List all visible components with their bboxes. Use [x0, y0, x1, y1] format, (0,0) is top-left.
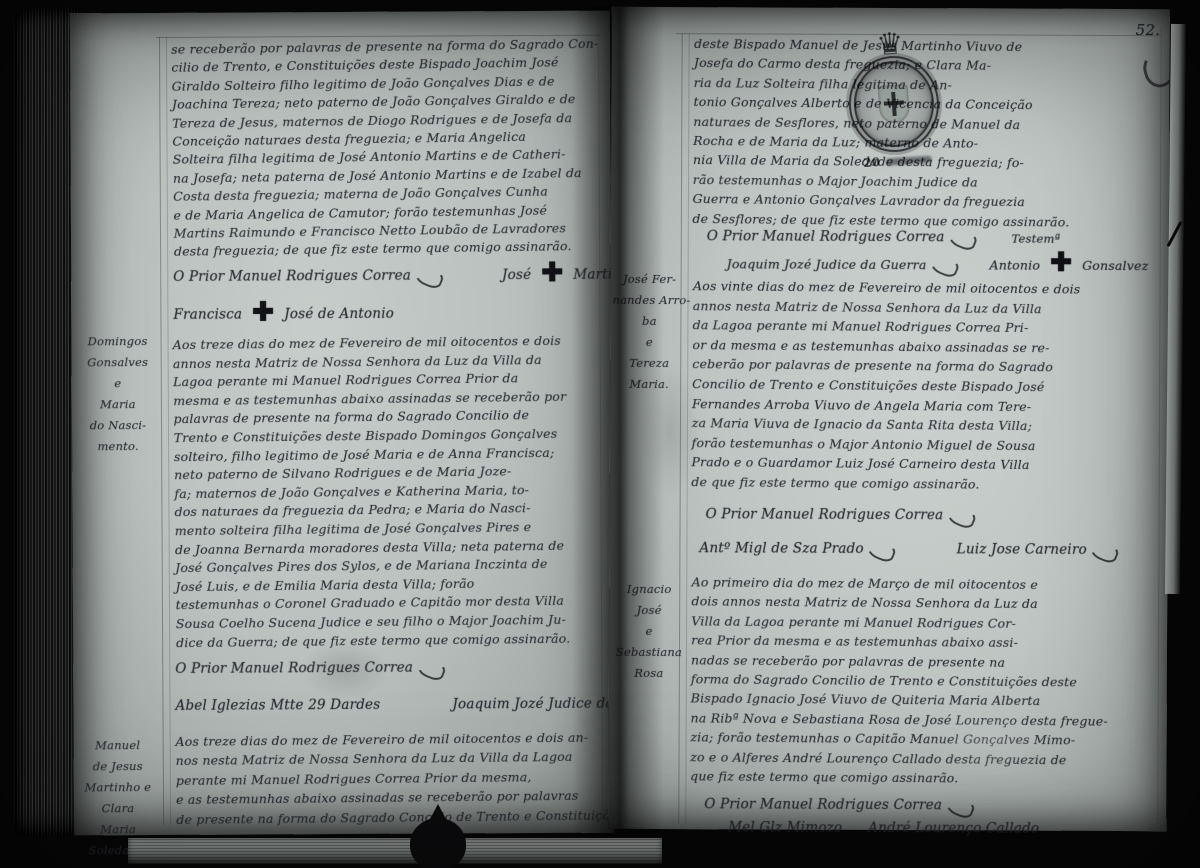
entry-manuel-paragraph: Aos treze dias do mez de Fevereiro de mi…	[175, 728, 606, 829]
manuscript-line: e	[613, 621, 685, 642]
dark-clip-silhouette	[410, 818, 466, 868]
signature-rubric	[412, 263, 445, 291]
witness-signature: Mel Glz Mimozo	[728, 819, 842, 835]
signature-rubric	[1088, 537, 1121, 565]
outer-rule	[1157, 29, 1161, 825]
entry-ignacio-paragraph: Ao primeiro dia do mez de Março de mil o…	[690, 572, 1152, 789]
margin-rule-inner	[166, 37, 171, 825]
left-continuation-paragraph: se receberão por palavras de presente na…	[171, 35, 604, 262]
left-signature-row-3: O Prior Manuel Rodrigues Correa	[175, 656, 446, 676]
witness-label: Testemª	[1012, 232, 1061, 246]
right-signature-row-1: O Prior Manuel Rodrigues Correa Testemª	[707, 225, 1061, 246]
right-signature-row-4: Antº Migl de Sza Prado Luiz Jose Carneir…	[699, 537, 1120, 558]
entry-domingos-paragraph: Aos treze dias do mez de Fevereiro de mi…	[173, 331, 607, 652]
manuscript-line: Maria	[76, 394, 160, 415]
signature-rubric	[946, 225, 979, 253]
stamp-value: 20	[863, 155, 881, 170]
manuscript-line: Tereza	[612, 353, 686, 374]
right-page: 52. deste Bispado Manuel de Jesus Martin…	[608, 7, 1170, 831]
witness-signature: José de Antonio	[284, 306, 394, 323]
manuscript-line: Domingos	[76, 331, 160, 352]
left-signature-row-2: Francisca ✚ José de Antonio	[173, 302, 394, 323]
margin-rule-inner	[685, 33, 689, 823]
witness-cross-mark: ✚	[531, 263, 573, 283]
manuscript-line: ba	[612, 311, 686, 332]
witness-signature: Luiz Jose Carneiro	[957, 541, 1087, 558]
book-fore-edge	[128, 838, 662, 864]
manuscript-line: de Jesus	[74, 756, 162, 777]
manuscript-line: Martinho e	[74, 777, 162, 798]
left-page: se receberão por palavras de presente na…	[70, 11, 614, 836]
signature-rubric	[865, 536, 898, 564]
witness-signature: Antonio	[989, 257, 1040, 272]
shield-cross-icon	[878, 84, 910, 124]
manuscript-line: José Fer-	[613, 269, 687, 290]
entry-jose-fernandes-paragraph: Aos vinte dias do mez de Fevereiro de mi…	[691, 276, 1153, 496]
margin-rule	[678, 33, 682, 823]
manuscript-line: do Nasci-	[76, 415, 160, 436]
manuscript-line: Clara	[74, 798, 162, 819]
prior-signature: O Prior Manuel Rodrigues Correa	[173, 268, 411, 285]
witness-signature: Antº Migl de Sza Prado	[699, 540, 863, 557]
manuscript-line: Ignacio	[613, 579, 685, 600]
crowned-royal-arms-stamp-icon: ♛ 20	[833, 28, 953, 163]
manuscript-line: mento.	[76, 436, 160, 457]
margin-note-ignacio: IgnacioJoséeSebastianaRosa	[613, 579, 685, 684]
signature-rubric	[928, 251, 961, 279]
witness-signature: Joaquim Jozé Judice da Guerra	[727, 256, 927, 272]
manuscript-line: Manuel	[74, 735, 162, 756]
witness-signature: André Lourenço Callado	[868, 820, 1039, 837]
signature-rubric	[945, 503, 978, 531]
manuscript-line: Sebastiana	[613, 642, 685, 663]
right-signature-row-2: Joaquim Jozé Judice da Guerra Antonio ✚ …	[727, 251, 1149, 273]
manuscript-photo: se receberão por palavras de presente na…	[0, 0, 1200, 868]
signature-rubric	[414, 655, 447, 683]
manuscript-line: Gonsalves	[76, 352, 160, 373]
manuscript-line: que fiz este termo que comigo assinarão.	[690, 766, 1150, 789]
manuscript-line: Rosa	[613, 663, 685, 684]
prior-signature: O Prior Manuel Rodrigues Correa	[704, 796, 942, 813]
manuscript-line: de que fiz este termo que comigo assinar…	[691, 472, 1151, 496]
right-signature-row-6: Mel Glz Mimozo André Lourenço Callado	[728, 819, 1039, 836]
manuscript-line: José	[613, 600, 685, 621]
folio-number: 52.	[1136, 21, 1161, 39]
manuscript-line: e	[76, 373, 160, 394]
witness-signature: Gonsalvez	[1082, 258, 1148, 273]
manuscript-line: Maria.	[612, 374, 686, 395]
stamp-wreath-oval	[846, 53, 942, 155]
witness-signature: Abel Iglezias Mtte 29 Dardes	[175, 697, 380, 714]
margin-note-jose-fernandes: José Fer-nandes Arro-baeTerezaMaria.	[612, 269, 687, 395]
margin-note-domingos: DomingosGonsalveseMariado Nasci-mento.	[76, 331, 161, 457]
manuscript-line: e	[612, 332, 686, 353]
right-signature-row-5: O Prior Manuel Rodrigues Correa	[704, 793, 975, 813]
stamp-caption-smudge	[886, 155, 932, 165]
witness-signature: José	[502, 267, 531, 283]
prior-signature: O Prior Manuel Rodrigues Correa	[707, 228, 945, 245]
right-signature-row-3: O Prior Manuel Rodrigues Correa	[706, 503, 977, 523]
prior-signature: O Prior Manuel Rodrigues Correa	[175, 660, 413, 677]
signature-rubric	[943, 793, 976, 821]
witness-signature: Francisca	[173, 307, 242, 323]
fore-edge-lines	[128, 838, 662, 864]
prior-signature: O Prior Manuel Rodrigues Correa	[706, 506, 944, 523]
witness-cross-mark: ✚	[242, 302, 284, 322]
witness-cross-mark: ✚	[1040, 253, 1082, 273]
manuscript-line: nandes Arro-	[612, 290, 686, 311]
manuscript-line: de presente na forma do Sagrado Concilio…	[176, 805, 606, 829]
